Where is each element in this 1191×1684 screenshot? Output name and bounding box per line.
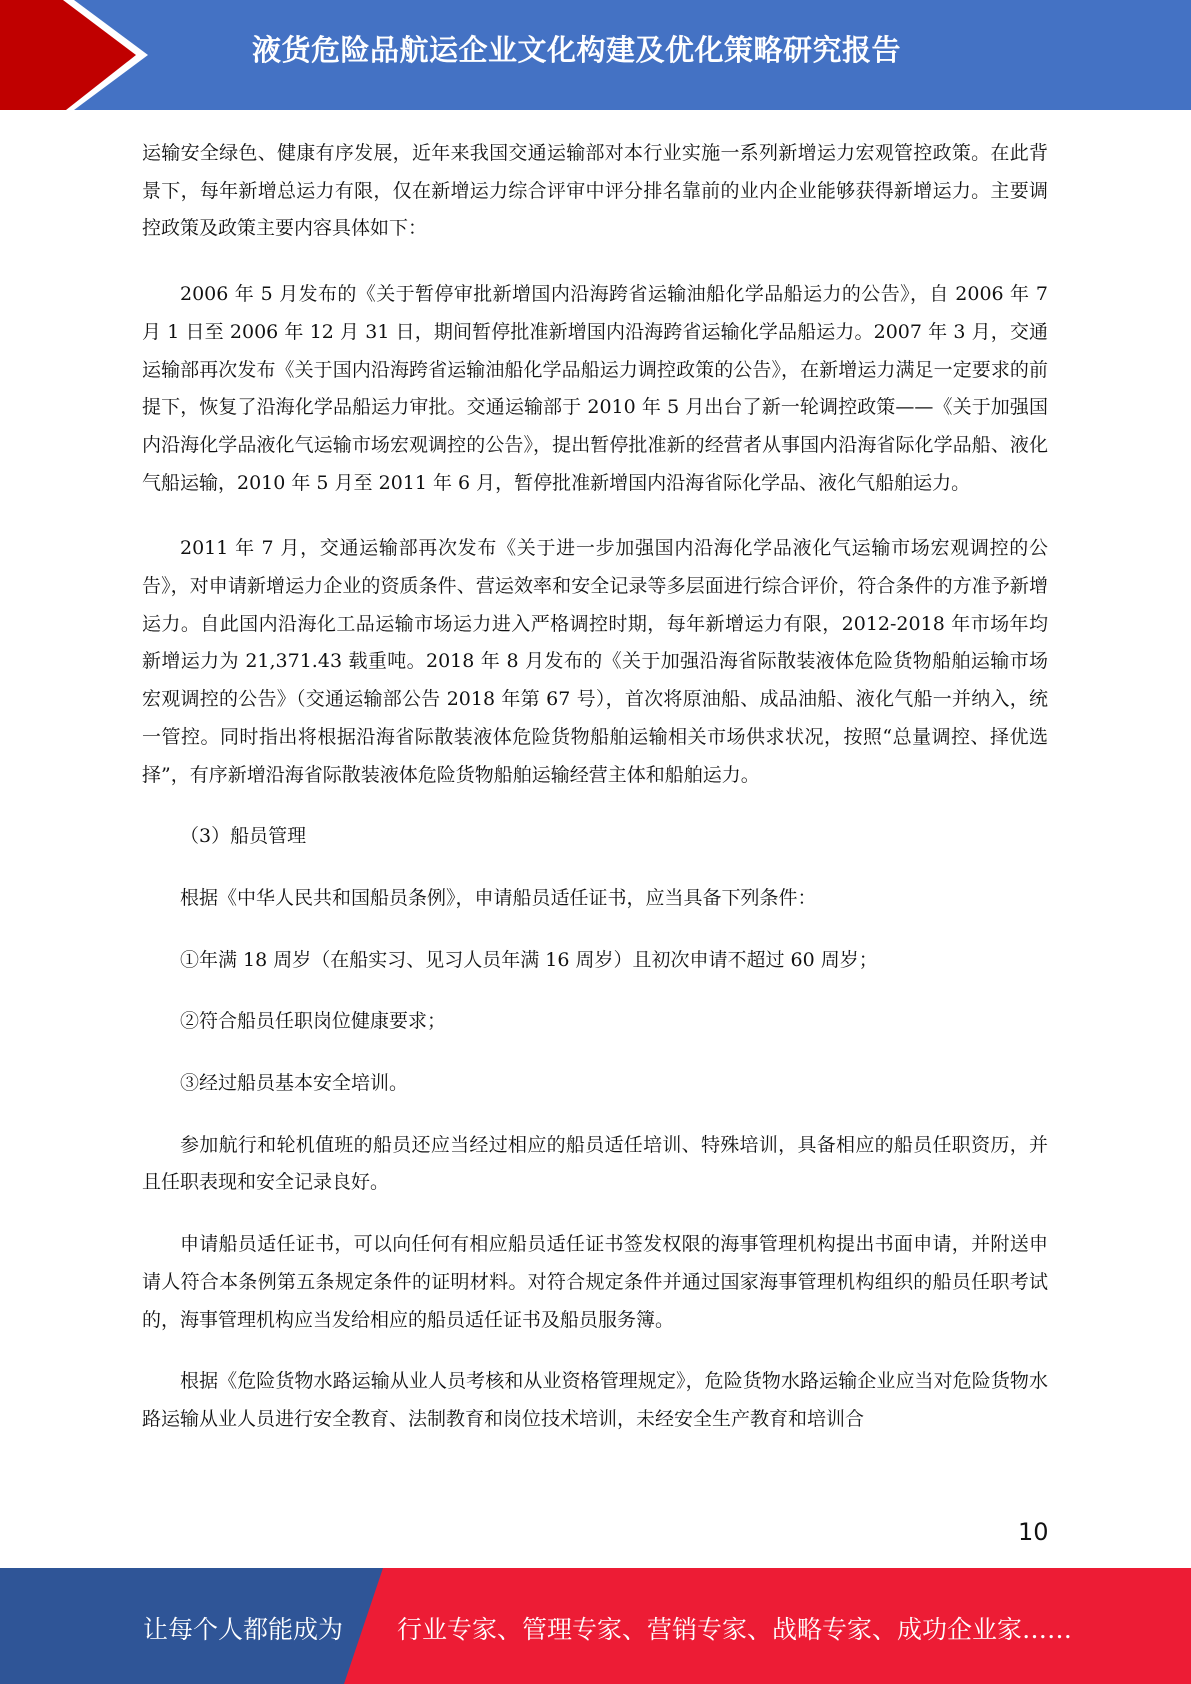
paragraph-2006-policy: 2006 年 5 月发布的《关于暂停审批新增国内沿海跨省运输油船化学品船运力的公… [142,276,1048,502]
paragraph-crew-regulation: 根据《中华人民共和国船员条例》，申请船员适任证书，应当具备下列条件： [142,880,1048,918]
paragraph-intro: 运输安全绿色、健康有序发展，近年来我国交通运输部对本行业实施一系列新增运力宏观管… [142,135,1048,248]
paragraph-certificate-application: 申请船员适任证书，可以向任何有相应船员适任证书签发权限的海事管理机构提出书面申请… [142,1226,1048,1339]
list-item-condition-1: ①年满 18 周岁（在船实习、见习人员年满 16 周岁）且初次申请不超过 60 … [142,942,1048,980]
page-footer: 让每个人都能成为 行业专家、管理专家、营销专家、战略专家、成功企业家…… [0,1568,1191,1684]
list-item-condition-3: ③经过船员基本安全培训。 [142,1065,1048,1103]
page-header: 液货危险品航运企业文化构建及优化策略研究报告 [0,0,1191,110]
section-heading-crew-management: （3）船员管理 [142,818,1048,856]
chevron-right-icon [0,0,160,110]
paragraph-watch-crew: 参加航行和轮机值班的船员还应当经过相应的船员适任培训、特殊培训，具备相应的船员任… [142,1127,1048,1202]
page-number: 10 [1018,1518,1049,1546]
footer-slogan-left: 让每个人都能成为 [143,1610,343,1646]
paragraph-dangerous-goods-staff: 根据《危险货物水路运输从业人员考核和从业资格管理规定》，危险货物水路运输企业应当… [142,1363,1048,1438]
document-body: 运输安全绿色、健康有序发展，近年来我国交通运输部对本行业实施一系列新增运力宏观管… [142,135,1048,1439]
footer-slogan-right: 行业专家、管理专家、营销专家、战略专家、成功企业家…… [397,1610,1072,1646]
paragraph-2011-policy: 2011 年 7 月，交通运输部再次发布《关于进一步加强国内沿海化学品液化气运输… [142,530,1048,794]
list-item-condition-2: ②符合船员任职岗位健康要求； [142,1003,1048,1041]
report-title: 液货危险品航运企业文化构建及优化策略研究报告 [252,28,901,69]
